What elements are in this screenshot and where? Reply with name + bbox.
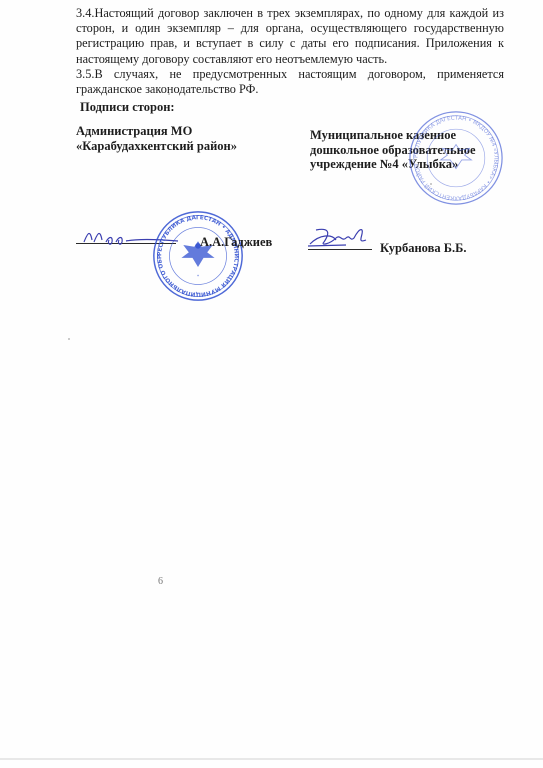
svg-text:*: *	[197, 274, 200, 280]
clause-3-4: 3.4.Настоящий договор заключен в трех эк…	[76, 6, 504, 67]
clause-3-5: 3.5.В случаях, не предусмотренных настоя…	[76, 67, 504, 97]
party-left-line2: «Карабудахкентский район»	[76, 139, 237, 154]
signature-right-icon	[306, 224, 376, 250]
signatory-right: Курбанова Б.Б.	[380, 241, 467, 256]
scan-speck	[168, 93, 170, 95]
stamp-administration: РЕСПУБЛИКА ДАГЕСТАН • АДМИНИСТРАЦИЯ МУНИ…	[152, 210, 244, 302]
party-administration: Администрация МО «Карабудахкентский райо…	[76, 124, 237, 153]
page-number: 6	[158, 576, 163, 587]
scan-speck	[68, 338, 70, 340]
signatory-left: А.А.Гаджиев	[200, 235, 272, 250]
scan-speck	[430, 183, 432, 185]
document-page: 3.4.Настоящий договор заключен в трех эк…	[0, 0, 543, 768]
party-left-line1: Администрация МО	[76, 124, 237, 139]
stamp-kindergarten: РЕСПУБЛИКА ДАГЕСТАН • МКДОУ №4 «УЛЫБКА» …	[408, 110, 504, 206]
contract-clauses: 3.4.Настоящий договор заключен в трех эк…	[76, 6, 504, 97]
signatures-heading: Подписи сторон:	[80, 100, 175, 115]
scan-edge	[0, 758, 543, 760]
